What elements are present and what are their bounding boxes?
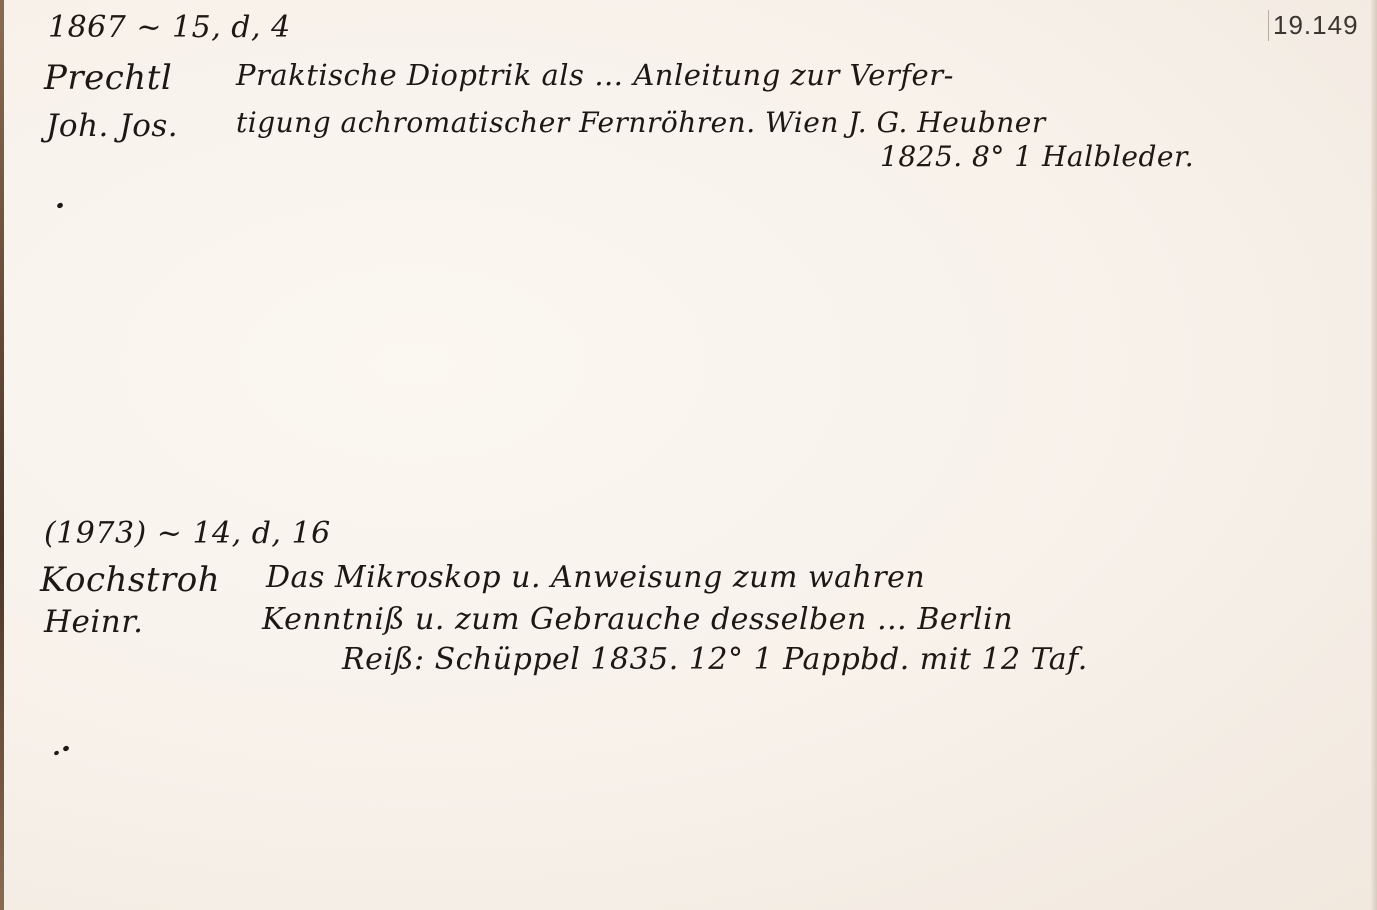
catalog-card: 19.149 1867 ~ 15, d, 4 Prechtl Praktisch… [0, 0, 1377, 910]
dot-mark-upper [56, 202, 64, 209]
entry-2-title-line-1: Das Mikroskop u. Anweisung zum wahren [266, 560, 925, 595]
entry-2-title-line-2: Kenntniß u. zum Gebrauche desselben … Be… [262, 602, 1013, 637]
entry-2-author-forenames: Heinr. [44, 604, 144, 640]
entry-1-author-surname: Prechtl [44, 58, 172, 98]
entry-1-title-line-2: tigung achromatischer Fernröhren. Wien J… [236, 106, 1046, 139]
entry-1-imprint: 1825. 8° 1 Halbleder. [880, 140, 1194, 173]
entry-1-call-number: 1867 ~ 15, d, 4 [48, 10, 291, 45]
dot-mark-lower-2 [62, 745, 70, 752]
card-right-edge [1371, 0, 1377, 910]
entry-1-author-forenames: Joh. Jos. [46, 108, 178, 144]
entry-1-title-line-1: Praktische Dioptrik als … Anleitung zur … [236, 58, 954, 92]
entry-2-imprint: Reiß: Schüppel 1835. 12° 1 Pappbd. mit 1… [342, 642, 1088, 677]
dot-mark-lower [53, 750, 59, 756]
card-left-edge [0, 0, 4, 910]
shelfmark: 19.149 [1268, 10, 1359, 41]
entry-2-call-number: (1973) ~ 14, d, 16 [44, 516, 331, 551]
entry-2-author-surname: Kochstroh [40, 560, 220, 600]
